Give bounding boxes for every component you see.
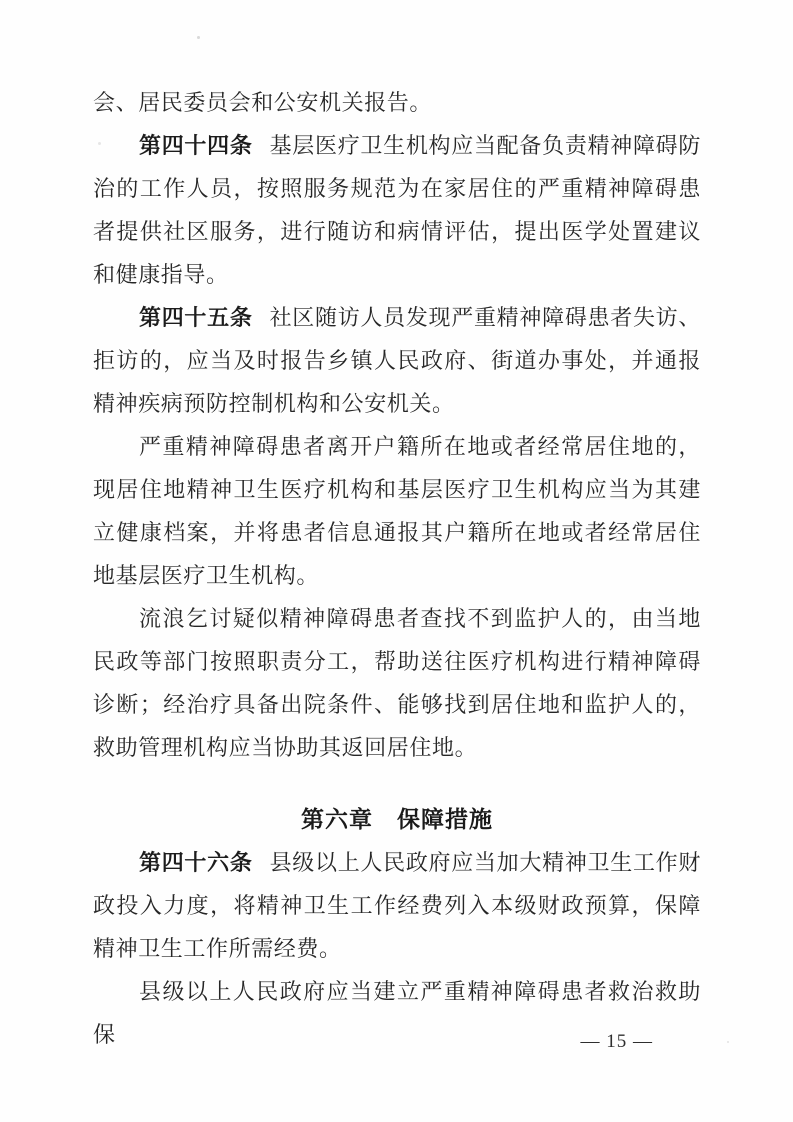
chapter-heading: 第六章 保障措施 (93, 798, 701, 841)
scan-speck (727, 1041, 729, 1043)
body-text: 会、居民委员会和公安机关报告。 (93, 90, 432, 115)
paragraph-article-46: 第四十六条县级以上人民政府应当加大精神卫生工作财政投入力度，将精神卫生工作经费列… (93, 841, 701, 970)
article-number-label: 第四十五条 (139, 305, 253, 330)
page-content: 会、居民委员会和公安机关报告。 第四十四条基层医疗卫生机构应当配备负责精神障碍防… (93, 81, 701, 1056)
body-text: 严重精神障碍患者离开户籍所在地或者经常居住地的，现居住地精神卫生医疗机构和基层医… (93, 434, 701, 588)
page-number: — 15 — (93, 1031, 653, 1053)
body-text: 流浪乞讨疑似精神障碍患者查找不到监护人的，由当地民政等部门按照职责分工，帮助送往… (93, 606, 701, 760)
paragraph-article-45: 第四十五条社区随访人员发现严重精神障碍患者失访、拒访的，应当及时报告乡镇人民政府… (93, 296, 701, 425)
paragraph-continuation: 会、居民委员会和公安机关报告。 (93, 81, 701, 124)
paragraph-body: 严重精神障碍患者离开户籍所在地或者经常居住地的，现居住地精神卫生医疗机构和基层医… (93, 425, 701, 597)
scan-speck (197, 36, 200, 39)
article-number-label: 第四十四条 (139, 133, 253, 158)
article-number-label: 第四十六条 (139, 850, 253, 875)
paragraph-body: 流浪乞讨疑似精神障碍患者查找不到监护人的，由当地民政等部门按照职责分工，帮助送往… (93, 597, 701, 769)
paragraph-article-44: 第四十四条基层医疗卫生机构应当配备负责精神障碍防治的工作人员，按照服务规范为在家… (93, 124, 701, 296)
